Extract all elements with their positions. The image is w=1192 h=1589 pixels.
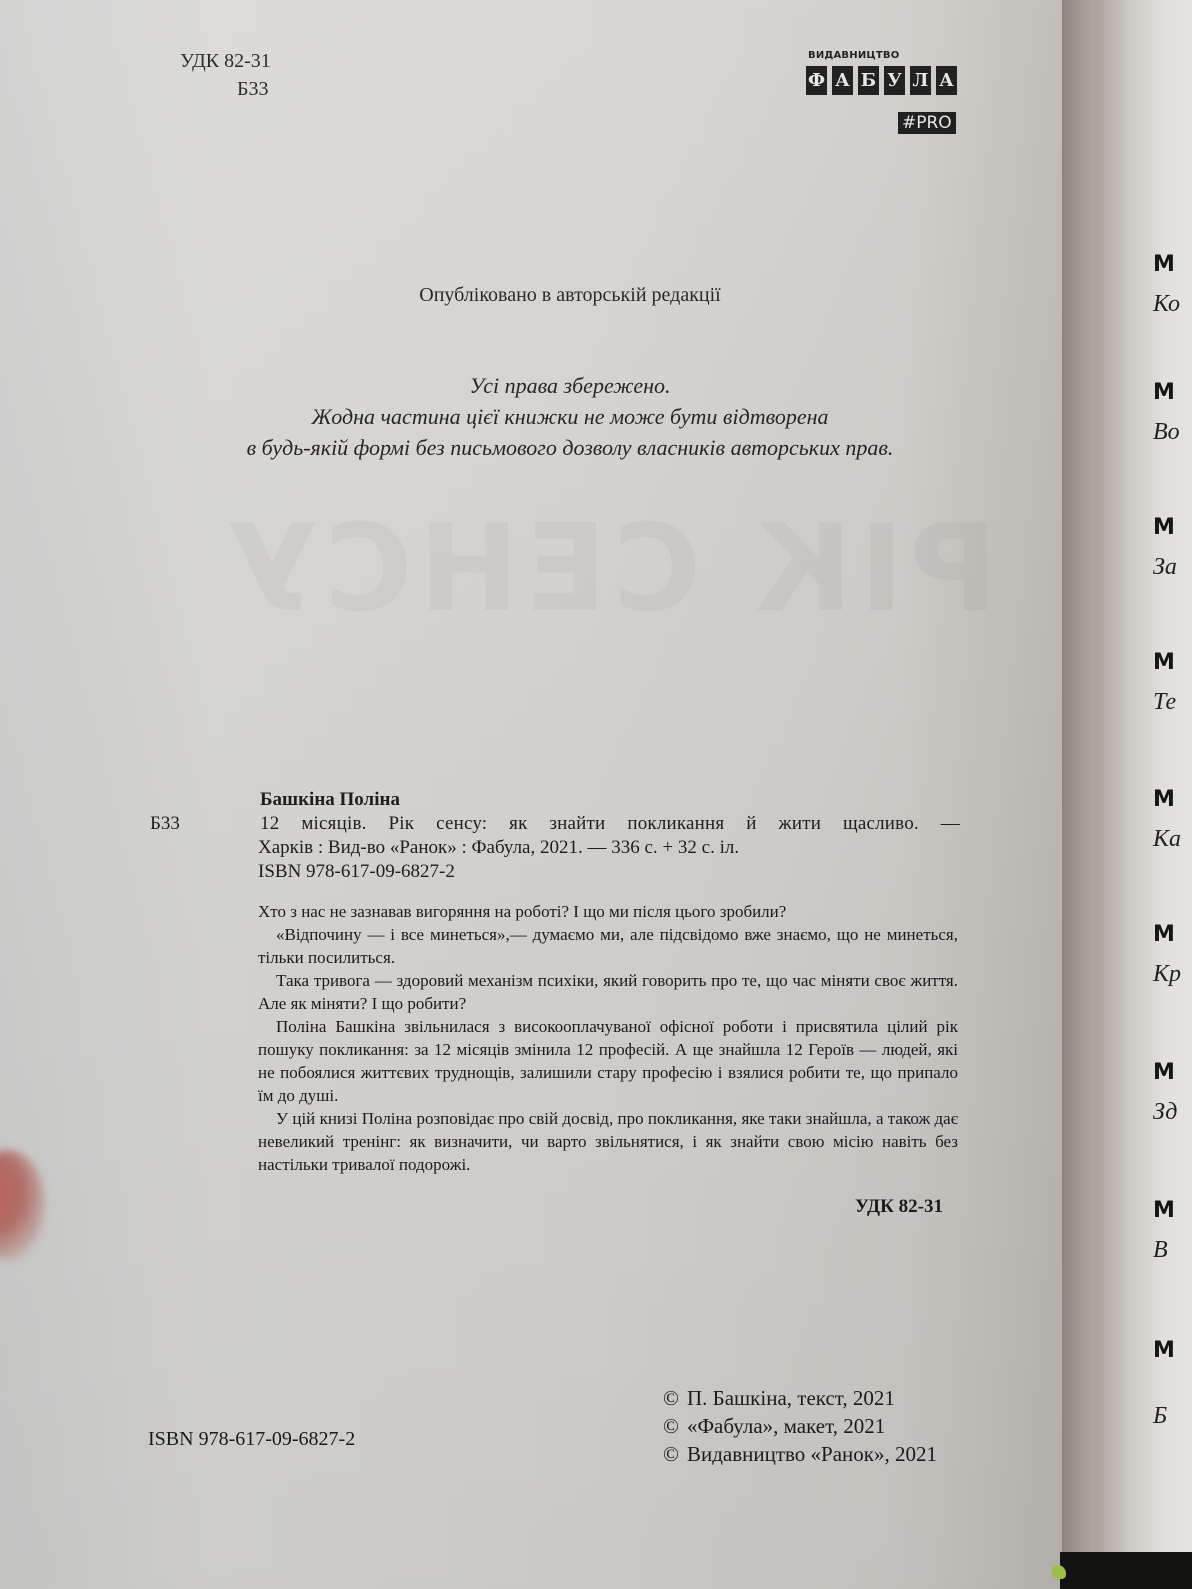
next-page-entry: МКа <box>1153 787 1181 853</box>
author-name: Башкіна Поліна <box>260 788 960 812</box>
publisher-logo: ВИДАВНИЦТВО Ф А Б У Л А #PRO <box>806 50 966 95</box>
publisher-logo-label: ВИДАВНИЦТВО <box>808 50 966 61</box>
published-notice: Опубліковано в авторській редакції <box>0 284 1140 307</box>
bbk-code: Б33 <box>237 78 268 101</box>
logo-letter: А <box>936 66 957 95</box>
next-page-entry: МВ <box>1153 1198 1175 1264</box>
next-page-entry: МТе <box>1153 650 1176 716</box>
copyright-line: ©П. Башкіна, текст, 2021 <box>663 1384 937 1412</box>
rights-notice: Усі права збережено. Жодна частина цієї … <box>0 370 1140 463</box>
udk-code: УДК 82-31 <box>180 50 271 73</box>
logo-letter: Л <box>910 66 931 95</box>
annotation-paragraph: Хто з нас не зазнавав вигоряння на робот… <box>258 900 958 923</box>
bibliographic-record: Башкіна Поліна Б33 12 місяців. Рік сенсу… <box>150 788 960 884</box>
next-page-entry: МЗд <box>1153 1060 1177 1126</box>
record-publication: Харків : Вид-во «Ранок» : Фабула, 2021. … <box>258 836 960 860</box>
copyright-icon: © <box>663 1442 679 1466</box>
show-through-text: РІК СЕНСУ <box>220 500 998 639</box>
finger-edge <box>0 1150 45 1260</box>
rights-line: Усі права збережено. <box>0 370 1140 401</box>
annotation-paragraph: «Відпочину — і все минеться»,— думаємо м… <box>258 923 958 969</box>
footer-isbn: ISBN 978-617-09-6827-2 <box>148 1428 355 1451</box>
rights-line: Жодна частина цієї книжки не може бути в… <box>0 401 1140 432</box>
background-surface <box>1060 1552 1192 1589</box>
next-page-entry: МКр <box>1153 922 1181 988</box>
next-page-entry: МБ <box>1153 1338 1175 1430</box>
record-code: Б33 <box>150 812 180 836</box>
record-title: 12 місяців. Рік сенсу: як знайти поклика… <box>260 812 960 836</box>
copyright-icon: © <box>663 1386 679 1410</box>
publisher-logo-letters: Ф А Б У Л А <box>806 66 966 95</box>
copyright-line: ©Видавництво «Ранок», 2021 <box>663 1440 937 1468</box>
copyright-list: ©П. Башкіна, текст, 2021 ©«Фабула», маке… <box>663 1384 937 1468</box>
logo-letter: А <box>832 66 853 95</box>
annotation-paragraph: Поліна Башкіна звільнилася з високооплач… <box>258 1015 958 1107</box>
rights-line: в будь-якій формі без письмового дозволу… <box>0 432 1140 463</box>
next-page-entry: МЗа <box>1153 515 1177 581</box>
logo-letter: Б <box>858 66 879 95</box>
publisher-logo-tag: #PRO <box>898 112 956 134</box>
annotation-udk: УДК 82-31 <box>855 1196 943 1218</box>
annotation: Хто з нас не зазнавав вигоряння на робот… <box>258 900 958 1176</box>
record-isbn: ISBN 978-617-09-6827-2 <box>258 860 960 884</box>
annotation-paragraph: У цій книзі Поліна розповідає про свій д… <box>258 1107 958 1176</box>
logo-letter: Ф <box>806 66 827 95</box>
next-page-entry: МВо <box>1153 380 1180 446</box>
next-page-entry: МКо <box>1153 252 1180 318</box>
copyright-line: ©«Фабула», макет, 2021 <box>663 1412 937 1440</box>
annotation-paragraph: Така тривога — здоровий механізм психіки… <box>258 969 958 1015</box>
copyright-page: УДК 82-31 Б33 ВИДАВНИЦТВО Ф А Б У Л А #P… <box>0 0 1062 1589</box>
copyright-icon: © <box>663 1414 679 1438</box>
next-page-edge: МКо МВо МЗа МТе МКа МКр МЗд МВ МБ <box>1095 0 1192 1560</box>
logo-letter: У <box>884 66 905 95</box>
green-object <box>1052 1565 1066 1579</box>
